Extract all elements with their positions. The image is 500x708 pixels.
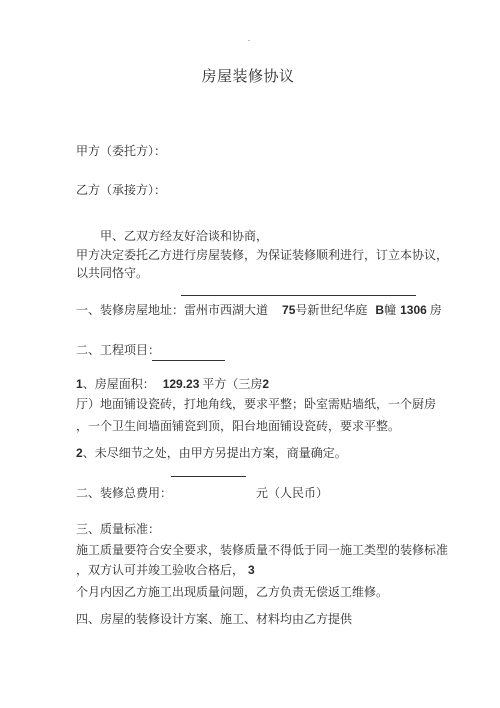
item1-rooms: 2: [262, 377, 269, 391]
cost-unit: 元（人民币）: [256, 486, 328, 500]
warranty-months: 3: [248, 563, 255, 577]
address-underline: [181, 295, 416, 296]
section2-label: 二、工程项目：: [76, 343, 160, 357]
page-mark: [248, 40, 250, 41]
section3-line2: ，双方认可并竣工验收合格后，3: [76, 563, 255, 577]
item2-line: 2、未尽细节之处，由甲方另提出方案，商量确定。: [76, 446, 347, 460]
party-a-label: 甲方（委托方）：: [76, 144, 166, 158]
item2-number: 2: [76, 446, 83, 460]
section1-address: 一、装修房屋地址：雷州市西湖大道75号新世纪华庭B幢1306房: [76, 303, 442, 317]
party-b-label: 乙方（承接方）：: [76, 183, 166, 197]
address-room: 1306: [400, 303, 427, 317]
section3-label: 三、质量标准：: [76, 522, 160, 536]
section3-line3: 个月内因乙方施工出现质量问题，乙方负责无偿返工维修。: [76, 585, 388, 599]
item1-number: 1: [76, 377, 83, 391]
title-text: 房屋装修协议: [201, 65, 294, 86]
address-part1: 雷州市西湖大道: [184, 303, 268, 317]
item1-area: 129.23: [163, 377, 200, 391]
document-title: 房屋装修协议: [0, 65, 500, 86]
address-number: 75: [282, 303, 295, 317]
item1-line3: ，一个卫生间墙面铺瓷到顶，阳台地面铺设瓷砖，要求平整。: [76, 419, 400, 433]
item1-line1: 1、房屋面积：129.23平方（三房2: [76, 377, 269, 391]
section-cost: 二、装修总费用：元（人民币）: [76, 486, 328, 500]
section3-line1: 施工质量要符合安全要求，装修质量不得低于同一施工类型的装修标准: [76, 543, 448, 557]
section1-label: 一、装修房屋地址：: [76, 303, 184, 317]
document-page: 房屋装修协议 甲方（委托方）： 乙方（承接方）： 甲、乙双方经友好洽谈和协商， …: [0, 0, 500, 708]
item1-unit: 平方（三房: [202, 377, 262, 391]
item2-text: 、未尽细节之处，由甲方另提出方案，商量确定。: [83, 446, 347, 460]
cost-label: 二、装修总费用：: [76, 486, 172, 500]
cost-underline: [171, 476, 246, 477]
address-building: B: [375, 303, 384, 317]
intro-line-1: 甲、乙双方经友好洽谈和协商，: [100, 229, 268, 243]
intro-line-2: 甲方决定委托乙方进行房屋装修，为保证装修顺利进行，订立本协议，: [76, 248, 448, 262]
address-part2: 号新世纪华庭: [295, 303, 367, 317]
section4-label: 四、房屋的装修设计方案、施工、材料均由乙方提供: [76, 612, 352, 626]
item1-line2: 厅）地面铺设瓷砖，打地角线，要求平整；卧室需贴墙纸，一个厨房: [76, 397, 436, 411]
intro-line-3: 以共同恪守。: [76, 266, 148, 280]
address-part3: 幢: [384, 303, 396, 317]
section3-line2-text: ，双方认可并竣工验收合格后，: [76, 563, 244, 577]
item1-prefix: 、房屋面积：: [83, 377, 155, 391]
address-part4: 房: [430, 303, 442, 317]
project-underline: [152, 360, 225, 361]
